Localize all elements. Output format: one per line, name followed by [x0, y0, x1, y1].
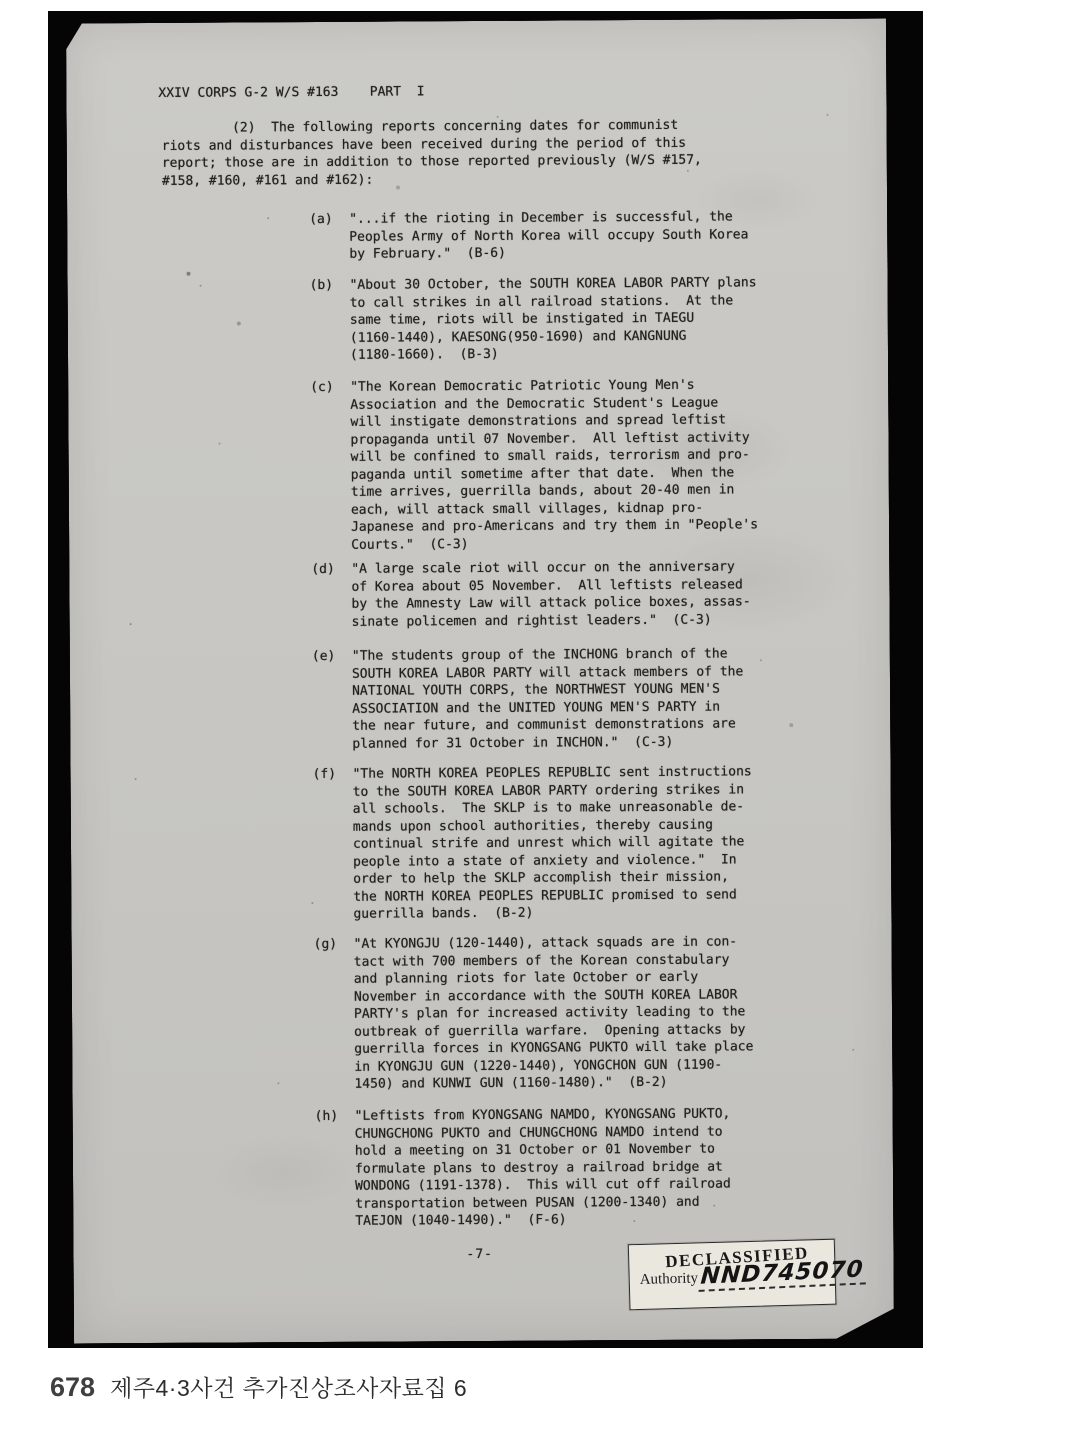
item-line: will instigate demonstrations and spread…: [350, 411, 757, 431]
item-line: "At KYONGJU (120-1440), attack squads ar…: [354, 933, 753, 953]
item-line: by the Amnesty Law will attack police bo…: [351, 593, 750, 613]
stamp-authority-label: Authority: [640, 1270, 699, 1292]
item-text: "The Korean Democratic Patriotic Young M…: [350, 376, 758, 553]
scanned-page: XXIV CORPS G-2 W/S #163 PART I (2) The f…: [66, 19, 894, 1344]
declassified-stamp: DECLASSIFIED Authority NND745070: [628, 1239, 837, 1311]
item-text: "About 30 October, the SOUTH KOREA LABOR…: [350, 274, 758, 364]
item-line: to call strikes in all railroad stations…: [350, 292, 757, 312]
item-text: "A large scale riot will occur on the an…: [351, 558, 751, 630]
book-caption: 678 제주4·3사건 추가진상조사자료집 6: [50, 1370, 467, 1403]
stamp-authority-value: NND745070: [699, 1258, 868, 1291]
item-line: sinate policemen and rightist leaders." …: [352, 611, 751, 631]
report-item: (c)"The Korean Democratic Patriotic Youn…: [310, 376, 758, 554]
item-line: continual strife and unrest which will a…: [353, 833, 752, 853]
item-line: WONDONG (1191-1378). This will cut off r…: [355, 1175, 731, 1195]
item-line: "...if the rioting in December is succes…: [349, 208, 748, 228]
report-item: (f)"The NORTH KOREA PEOPLES REPUBLIC sen…: [313, 763, 753, 923]
item-line: formulate plans to destroy a railroad br…: [355, 1158, 731, 1178]
item-line: guerrilla forces in KYONGSANG PUKTO will…: [354, 1038, 753, 1058]
item-line: TAEJON (1040-1490)." (F-6): [355, 1210, 731, 1230]
item-line: hold a meeting on 31 October or 01 Novem…: [355, 1140, 731, 1160]
item-line: all schools. The SKLP is to make unreaso…: [353, 798, 752, 818]
item-label: (h): [315, 1108, 339, 1126]
report-items: (a)"...if the rioting in December is suc…: [66, 19, 886, 24]
book-page-number: 678: [50, 1372, 95, 1403]
item-line: planned for 31 October in INCHON." (C-3): [352, 733, 743, 753]
item-line: and planning riots for late October or e…: [354, 968, 753, 988]
item-line: guerrilla bands. (B-2): [353, 903, 752, 923]
book-title: 제주4·3사건 추가진상조사자료집 6: [110, 1370, 467, 1403]
item-line: "A large scale riot will occur on the an…: [351, 558, 750, 578]
item-text: "The NORTH KOREA PEOPLES REPUBLIC sent i…: [353, 763, 753, 923]
item-line: "The NORTH KOREA PEOPLES REPUBLIC sent i…: [353, 763, 752, 783]
item-line: time arrives, guerrilla bands, about 20-…: [351, 481, 758, 501]
item-label: (e): [312, 648, 336, 666]
item-line: transportation between PUSAN (1200-1340)…: [355, 1193, 731, 1213]
scan-noise: [66, 24, 68, 26]
item-line: "The students group of the INCHONG branc…: [352, 645, 743, 665]
item-line: in KYONGJU GUN (1220-1440), YONGCHON GUN…: [354, 1056, 753, 1076]
item-line: CHUNGCHONG PUKTO and CHUNGCHONG NAMDO in…: [355, 1123, 731, 1143]
item-line: by February." (B-6): [349, 243, 748, 263]
report-item: (g)"At KYONGJU (120-1440), attack squads…: [314, 933, 754, 1093]
item-line: (1180-1660). (B-3): [350, 344, 757, 364]
item-line: PARTY's plan for increased activity lead…: [354, 1003, 753, 1023]
report-item: (a)"...if the rioting in December is suc…: [309, 208, 748, 263]
report-item: (h)"Leftists from KYONGSANG NAMDO, KYONG…: [315, 1105, 731, 1230]
item-line: NATIONAL YOUTH CORPS, the NORTHWEST YOUN…: [352, 680, 743, 700]
item-text: "The students group of the INCHONG branc…: [352, 645, 744, 752]
item-text: "At KYONGJU (120-1440), attack squads ar…: [354, 933, 754, 1093]
item-line: order to help the SKLP accomplish their …: [353, 868, 752, 888]
report-item: (b)"About 30 October, the SOUTH KOREA LA…: [310, 274, 758, 364]
item-text: "...if the rioting in December is succes…: [349, 208, 748, 263]
item-label: (b): [310, 277, 334, 295]
item-line: the NORTH KOREA PEOPLES REPUBLIC promise…: [353, 886, 752, 906]
item-line: "Leftists from KYONGSANG NAMDO, KYONGSAN…: [355, 1105, 731, 1125]
item-label: (c): [310, 379, 334, 397]
item-label: (a): [309, 211, 333, 229]
item-line: Courts." (C-3): [351, 534, 758, 554]
intro-paragraph: (2) The following reports concerning dat…: [162, 117, 702, 190]
report-item: (d)"A large scale riot will occur on the…: [311, 558, 751, 631]
intro-line: report; those are in addition to those r…: [162, 152, 702, 173]
page-number: -7-: [466, 1247, 493, 1262]
document-header: XXIV CORPS G-2 W/S #163 PART I: [158, 83, 424, 102]
item-label: (d): [311, 561, 335, 579]
report-item: (e)"The students group of the INCHONG br…: [312, 645, 744, 753]
scan-background: XXIV CORPS G-2 W/S #163 PART I (2) The f…: [48, 11, 923, 1348]
item-text: "Leftists from KYONGSANG NAMDO, KYONGSAN…: [355, 1105, 731, 1230]
item-label: (g): [314, 936, 338, 954]
item-line: "About 30 October, the SOUTH KOREA LABOR…: [350, 274, 757, 294]
item-line: Peoples Army of North Korea will occupy …: [349, 226, 748, 246]
item-line: the near future, and communist demonstra…: [352, 715, 743, 735]
item-line: 1450) and KUNWI GUN (1160-1480)." (B-2): [354, 1073, 753, 1093]
item-line: Japanese and pro-Americans and try them …: [351, 516, 758, 536]
item-line: will be confined to small raids, terrori…: [351, 446, 758, 466]
item-label: (f): [313, 766, 337, 784]
intro-line: #158, #160, #161 and #162):: [162, 169, 702, 190]
